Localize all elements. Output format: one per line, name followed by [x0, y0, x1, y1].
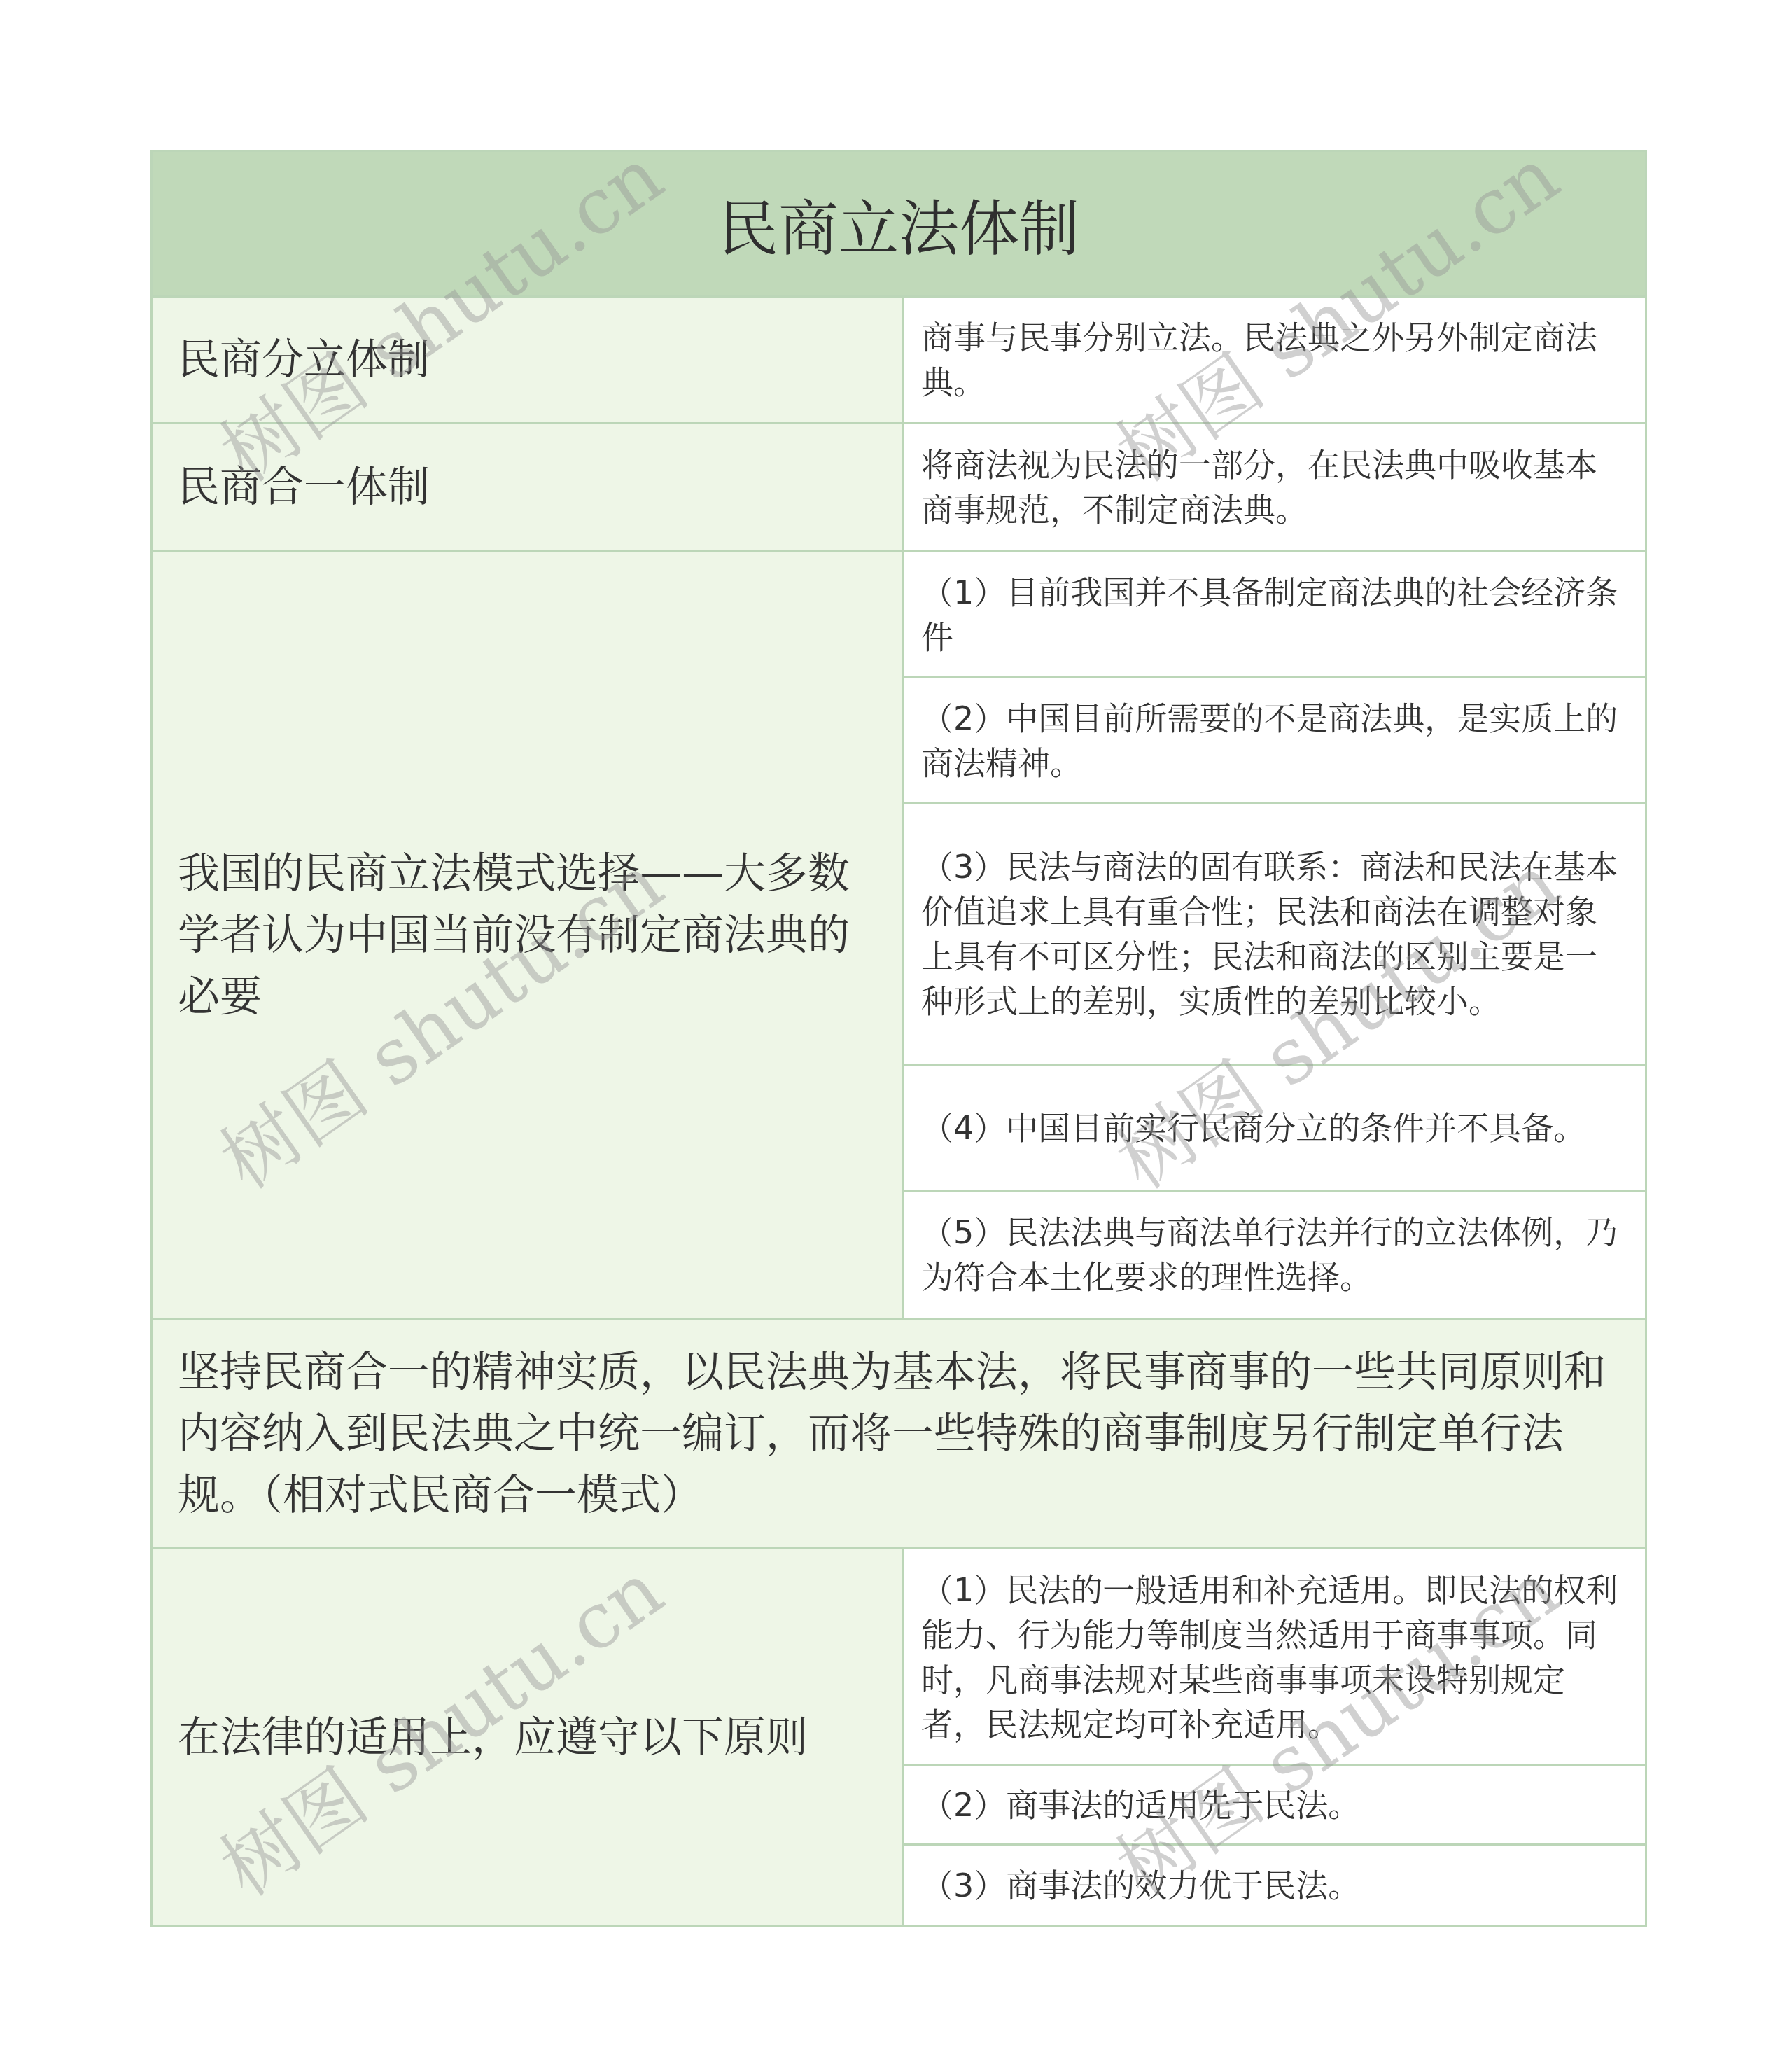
- row-content: （1）民法的一般适用和补充适用。即民法的权利能力、行为能力等制度当然适用于商事事…: [904, 1549, 1645, 1925]
- table-row-relative-unified-model: 坚持民商合一的精神实质，以民法典为基本法，将民事商事的一些共同原则和内容纳入到民…: [153, 1320, 1645, 1549]
- row-label: 我国的民商立法模式选择——大多数学者认为中国当前没有制定商法典的必要: [153, 552, 904, 1318]
- table-row-application-principles: 在法律的适用上，应遵守以下原则 （1）民法的一般适用和补充适用。即民法的权利能力…: [153, 1549, 1645, 1925]
- content-cell: （1）民法的一般适用和补充适用。即民法的权利能力、行为能力等制度当然适用于商事事…: [904, 1549, 1645, 1766]
- table-row-model-choice: 我国的民商立法模式选择——大多数学者认为中国当前没有制定商法典的必要 （1）目前…: [153, 552, 1645, 1320]
- content-cell: （2）中国目前所需要的不是商法典，是实质上的商法精神。: [904, 678, 1645, 804]
- row-label: 民商分立体制: [153, 298, 904, 422]
- row-content: 商事与民事分别立法。民法典之外另外制定商法典。: [904, 298, 1645, 422]
- row-content: 将商法视为民法的一部分，在民法典中吸收基本商事规范，不制定商法典。: [904, 424, 1645, 550]
- row-content: （1）目前我国并不具备制定商法典的社会经济条件 （2）中国目前所需要的不是商法典…: [904, 552, 1645, 1318]
- content-cell: （3）民法与商法的固有联系：商法和民法在基本价值追求上具有重合性；民法和商法在调…: [904, 804, 1645, 1066]
- content-cell: （3）商事法的效力优于民法。: [904, 1846, 1645, 1925]
- table-row-unified-system: 民商合一体制 将商法视为民法的一部分，在民法典中吸收基本商事规范，不制定商法典。: [153, 424, 1645, 552]
- row-label: 在法律的适用上，应遵守以下原则: [153, 1549, 904, 1925]
- table-title: 民商立法体制: [153, 152, 1645, 298]
- content-cell: （2）商事法的适用先于民法。: [904, 1766, 1645, 1846]
- content-cell: （4）中国目前实行民商分立的条件并不具备。: [904, 1066, 1645, 1192]
- row-label: 民商合一体制: [153, 424, 904, 550]
- content-cell: 商事与民事分别立法。民法典之外另外制定商法典。: [904, 298, 1645, 422]
- legislation-table: 民商立法体制 民商分立体制 商事与民事分别立法。民法典之外另外制定商法典。 民商…: [150, 150, 1647, 1927]
- content-cell: （5）民法法典与商法单行法并行的立法体例，乃为符合本土化要求的理性选择。: [904, 1192, 1645, 1318]
- content-cell: （1）目前我国并不具备制定商法典的社会经济条件: [904, 552, 1645, 678]
- full-width-cell: 坚持民商合一的精神实质，以民法典为基本法，将民事商事的一些共同原则和内容纳入到民…: [153, 1320, 1645, 1547]
- table-row-separate-system: 民商分立体制 商事与民事分别立法。民法典之外另外制定商法典。: [153, 298, 1645, 424]
- content-cell: 将商法视为民法的一部分，在民法典中吸收基本商事规范，不制定商法典。: [904, 424, 1645, 550]
